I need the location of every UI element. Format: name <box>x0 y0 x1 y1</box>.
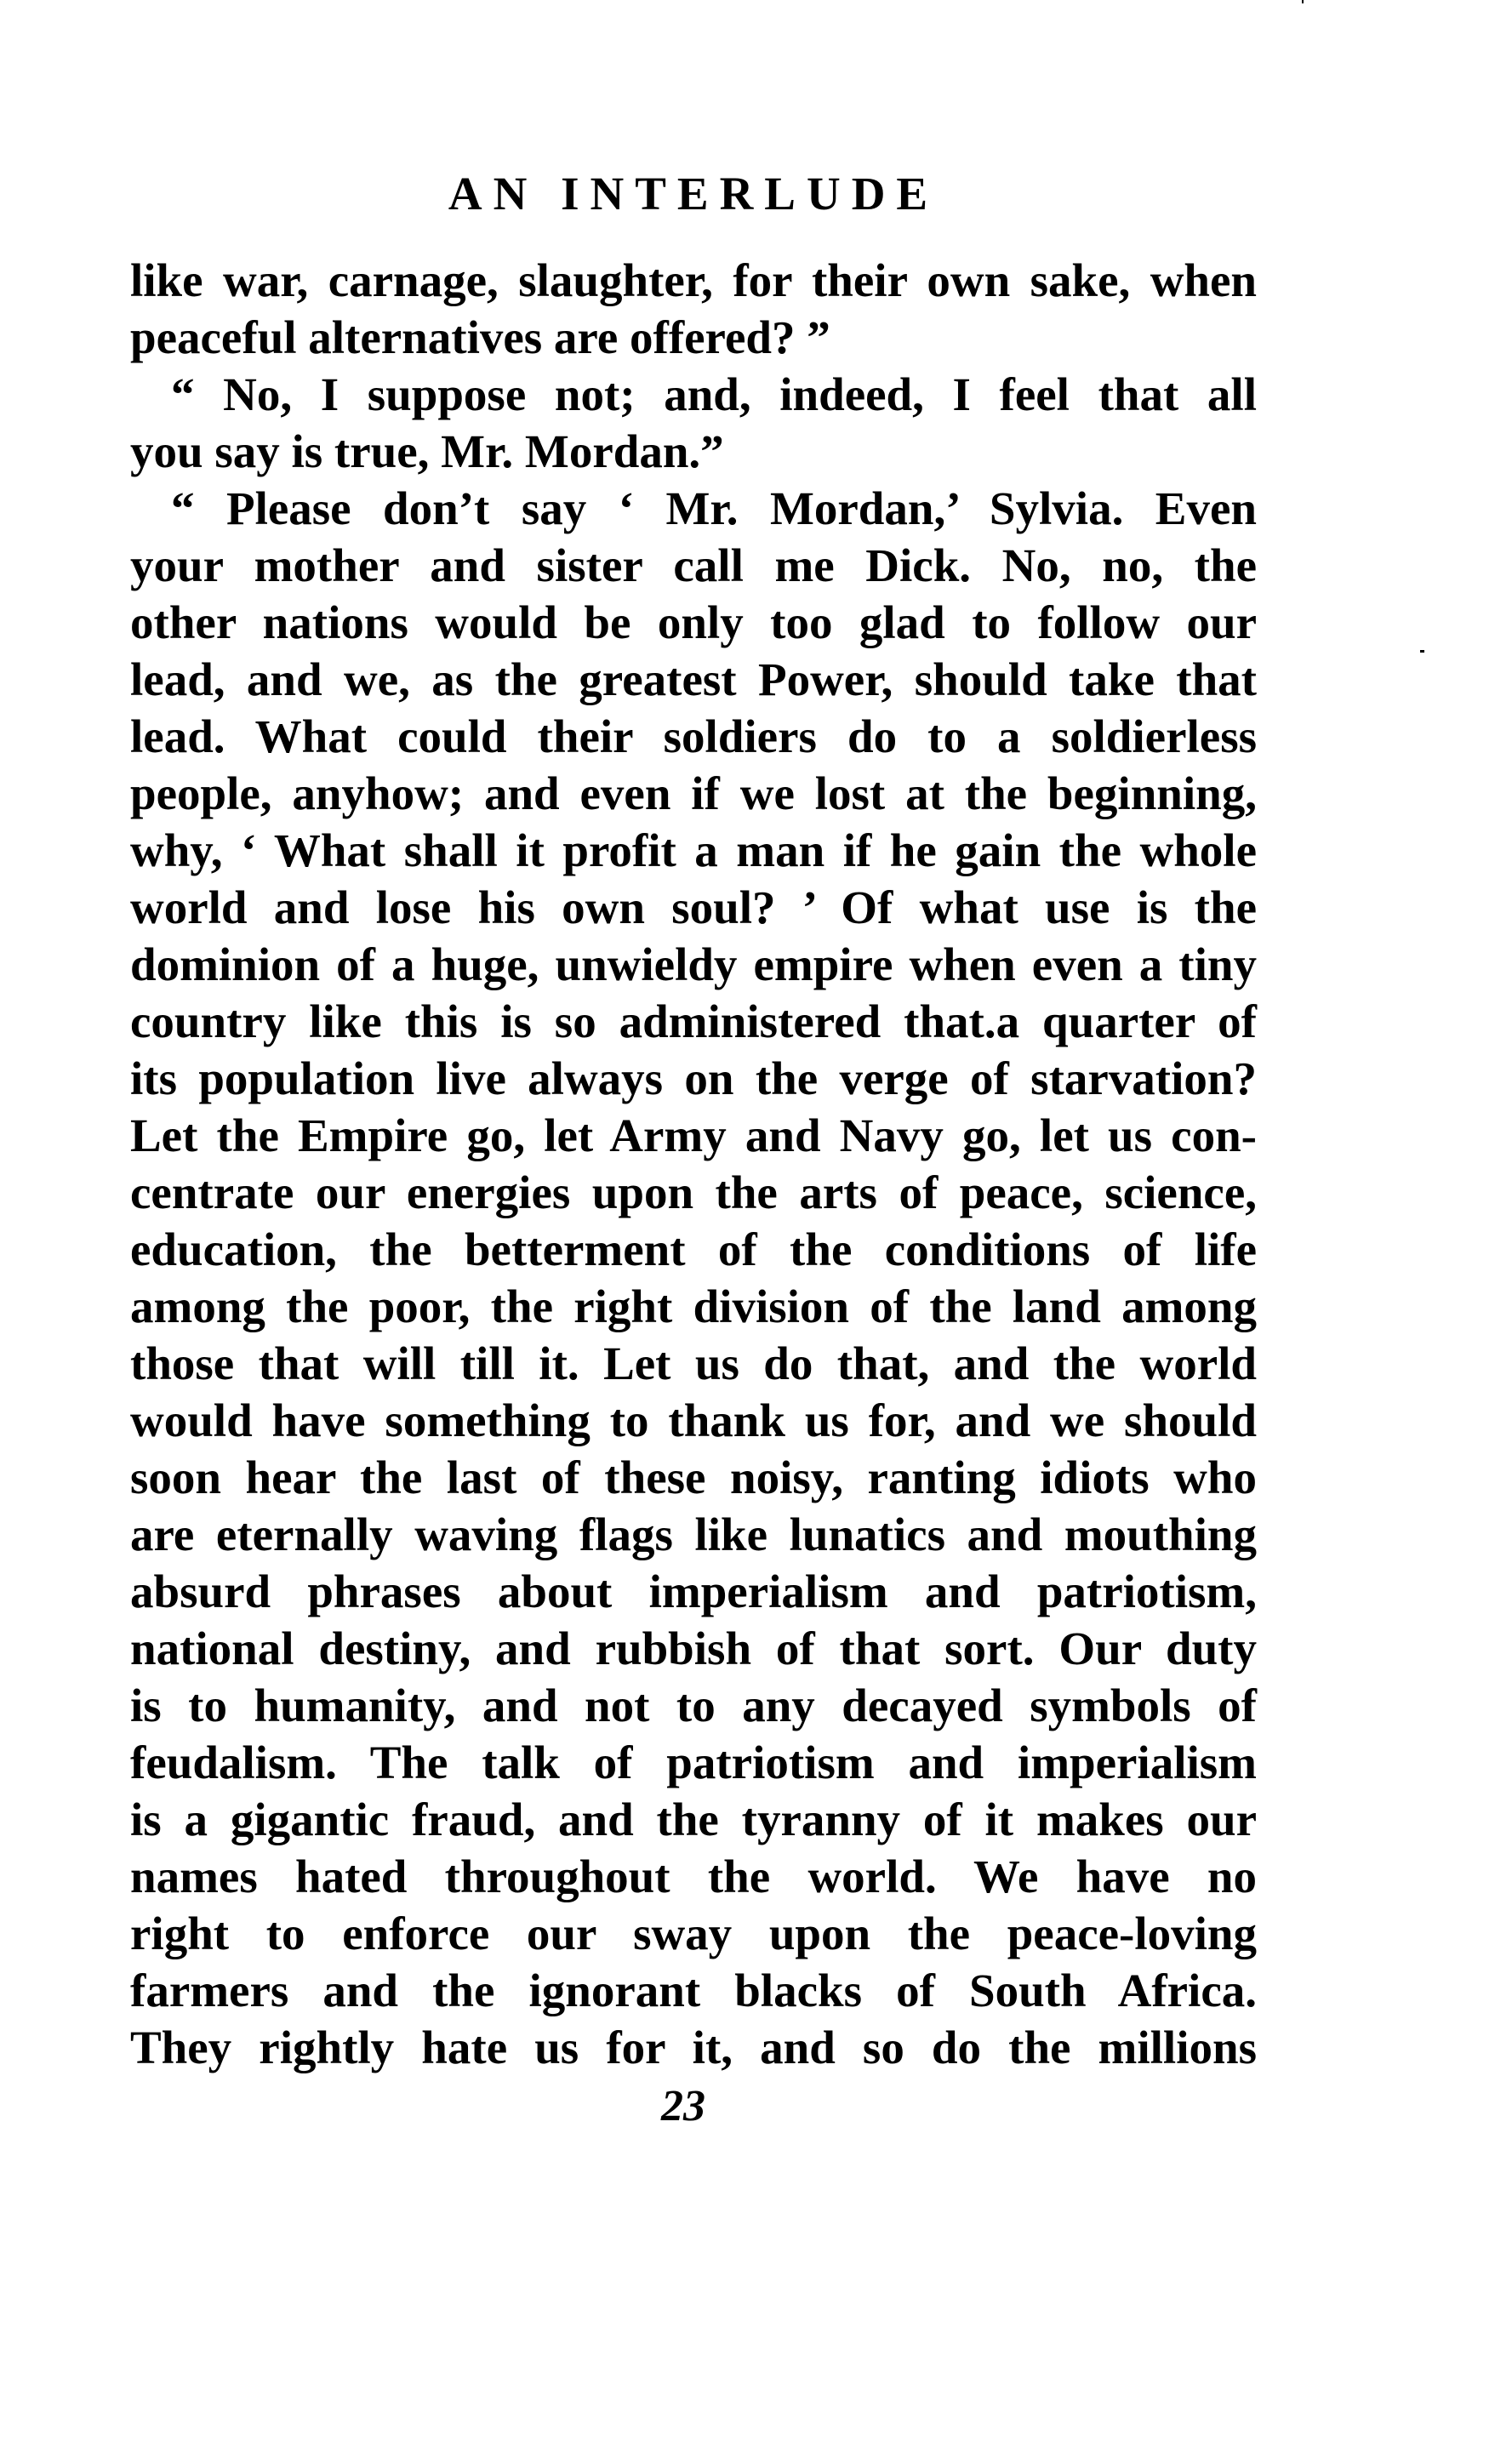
text-line: They rightly hate us for it, and so do t… <box>130 2019 1257 2076</box>
text-line: would have something to thank us for, an… <box>130 1392 1257 1449</box>
text-line: among the poor, the right division of th… <box>130 1278 1257 1335</box>
text-line: like war, carnage, slaughter, for their … <box>130 252 1257 309</box>
text-line: feudalism. The talk of patriotism and im… <box>130 1734 1257 1791</box>
page-number: 23 <box>130 2081 1236 2132</box>
scan-speck <box>1420 650 1424 653</box>
running-head: AN INTERLUDE <box>130 167 1257 221</box>
text-line: peaceful alternatives are offered? ” <box>130 309 1257 366</box>
body-text: like war, carnage, slaughter, for their … <box>130 252 1257 2076</box>
text-line: soon hear the last of these noisy, ranti… <box>130 1449 1257 1506</box>
text-line: is a gigantic fraud, and the tyranny of … <box>130 1791 1257 1848</box>
text-line: national destiny, and rubbish of that so… <box>130 1620 1257 1677</box>
text-line: farmers and the ignorant blacks of South… <box>130 1962 1257 2019</box>
text-line: world and lose his own soul? ’ Of what u… <box>130 879 1257 936</box>
text-line: Let the Empire go, let Army and Navy go,… <box>130 1107 1257 1164</box>
text-line: education, the betterment of the conditi… <box>130 1221 1257 1278</box>
text-line: its population live always on the verge … <box>130 1050 1257 1107</box>
scan-mark <box>1302 0 1304 3</box>
text-line: right to enforce our sway upon the peace… <box>130 1905 1257 1962</box>
text-line: country like this is so administered tha… <box>130 993 1257 1050</box>
text-line: “ No, I suppose not; and, indeed, I feel… <box>130 366 1257 423</box>
text-line: why, ‘ What shall it profit a man if he … <box>130 822 1257 879</box>
text-line: centrate our energies upon the arts of p… <box>130 1164 1257 1221</box>
text-line: dominion of a huge, unwieldy empire when… <box>130 936 1257 993</box>
text-line: absurd phrases about imperialism and pat… <box>130 1563 1257 1620</box>
text-line: lead. What could their soldiers do to a … <box>130 708 1257 765</box>
text-line: your mother and sister call me Dick. No,… <box>130 537 1257 594</box>
text-line: is to humanity, and not to any decayed s… <box>130 1677 1257 1734</box>
text-line: “ Please don’t say ‘ Mr. Mordan,’ Sylvia… <box>130 480 1257 537</box>
text-line: you say is true, Mr. Mordan.” <box>130 423 1257 480</box>
text-line: other nations would be only too glad to … <box>130 594 1257 651</box>
text-line: people, anyhow; and even if we lost at t… <box>130 765 1257 822</box>
book-page: AN INTERLUDE like war, carnage, slaughte… <box>0 0 1512 2458</box>
text-line: are eternally waving flags like lunatics… <box>130 1506 1257 1563</box>
text-line: lead, and we, as the greatest Power, sho… <box>130 651 1257 708</box>
text-line: names hated throughout the world. We hav… <box>130 1848 1257 1905</box>
text-line: those that will till it. Let us do that,… <box>130 1335 1257 1392</box>
